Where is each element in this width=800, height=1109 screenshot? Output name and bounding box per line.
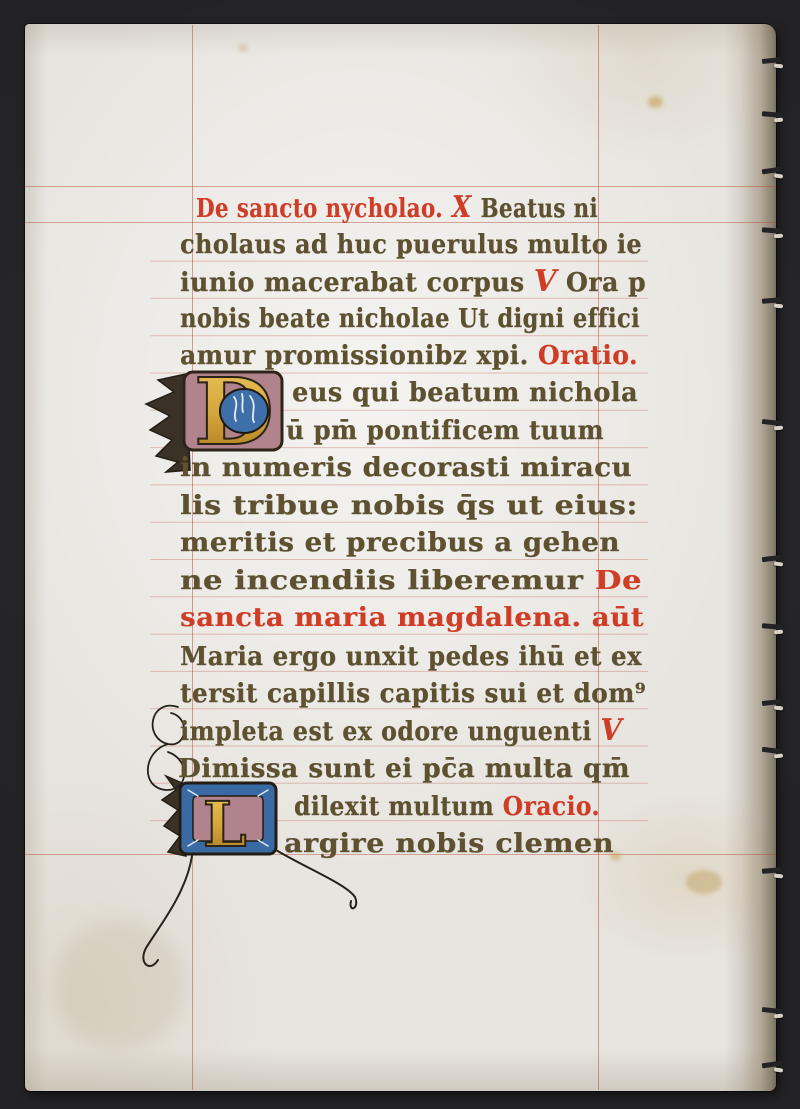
ink-text: iunio macerabat corpus <box>180 268 534 298</box>
edge-flap <box>774 304 783 309</box>
text-line: eus qui beatum nichola <box>292 375 638 411</box>
ink-text: eus qui beatum nichola <box>292 378 638 408</box>
rubric-text: V <box>534 264 557 299</box>
edge-flap <box>774 630 783 635</box>
manuscript-photo: D L De sancto nycholao. X Beatus nichola… <box>0 0 800 1109</box>
rubric-text: Oratio. <box>538 341 638 371</box>
ink-text: tersit capillis capitis sui et dom⁹ <box>180 679 646 709</box>
edge-flap <box>774 118 783 123</box>
text-line: iunio macerabat corpus V Ora p <box>180 264 646 301</box>
edge-flap <box>774 706 783 711</box>
ink-text: ū pm̄ pontificem tuum <box>286 416 604 446</box>
ink-text: amur promissionibz xpi. <box>180 341 538 371</box>
ink-text: in numeris decorasti miracu <box>180 453 632 483</box>
text-block: De sancto nycholao. X Beatus nicholaus a… <box>0 0 800 1109</box>
ink-text: Dimissa sunt ei pc̄a multa qm̄ <box>178 754 630 784</box>
ink-text: dilexit multum <box>294 792 503 822</box>
ink-text: cholaus ad huc puerulus multo ie <box>180 230 642 260</box>
ink-text: Ora p <box>557 268 646 298</box>
text-line: argire nobis clemen <box>284 826 614 862</box>
edge-flap <box>774 874 783 879</box>
text-line: impleta est ex odore unguenti V <box>180 713 622 750</box>
text-line: sancta maria magdalena. aūt <box>180 600 644 636</box>
text-line: nobis beate nicholae Ut digni effici <box>180 301 640 337</box>
rubric-text: De <box>595 566 642 596</box>
text-line: ne incendiis liberemur De <box>180 563 642 599</box>
text-line: dilexit multum Oracio. <box>294 789 600 825</box>
text-line: meritis et precibus a gehen <box>180 525 620 561</box>
text-line: De sancto nycholao. X Beatus ni <box>196 190 598 227</box>
text-line: lis tribue nobis q̄s ut eius: <box>180 488 638 524</box>
text-line: cholaus ad huc puerulus multo ie <box>180 227 642 263</box>
rubric-text: Oracio. <box>503 792 600 822</box>
edge-flap <box>774 234 783 239</box>
edge-flap <box>774 64 783 69</box>
rubric-text: X <box>443 190 480 225</box>
text-line: Maria ergo unxit pedes ihū et ex <box>180 639 642 675</box>
text-line: in numeris decorasti miracu <box>180 450 632 486</box>
ink-text: lis tribue nobis q̄s ut eius: <box>180 491 638 521</box>
ink-text: argire nobis clemen <box>284 829 614 859</box>
rubric-text: sancta maria magdalena. aūt <box>180 603 644 633</box>
ink-text: Maria ergo unxit pedes ihū et ex <box>180 642 642 672</box>
ink-text: ne incendiis liberemur <box>180 566 595 596</box>
text-line: ū pm̄ pontificem tuum <box>286 413 604 449</box>
ink-text: Beatus ni <box>480 194 598 224</box>
text-line: Dimissa sunt ei pc̄a multa qm̄ <box>178 751 630 787</box>
ink-text: nobis beate nicholae Ut digni effici <box>180 304 640 334</box>
rubric-text: V <box>600 713 622 748</box>
ink-text: impleta est ex odore unguenti <box>180 717 600 747</box>
rubric-text: De sancto nycholao. <box>196 194 443 224</box>
text-line: amur promissionibz xpi. Oratio. <box>180 338 638 374</box>
ink-text: meritis et precibus a gehen <box>180 528 620 558</box>
text-line: tersit capillis capitis sui et dom⁹ <box>180 676 646 712</box>
